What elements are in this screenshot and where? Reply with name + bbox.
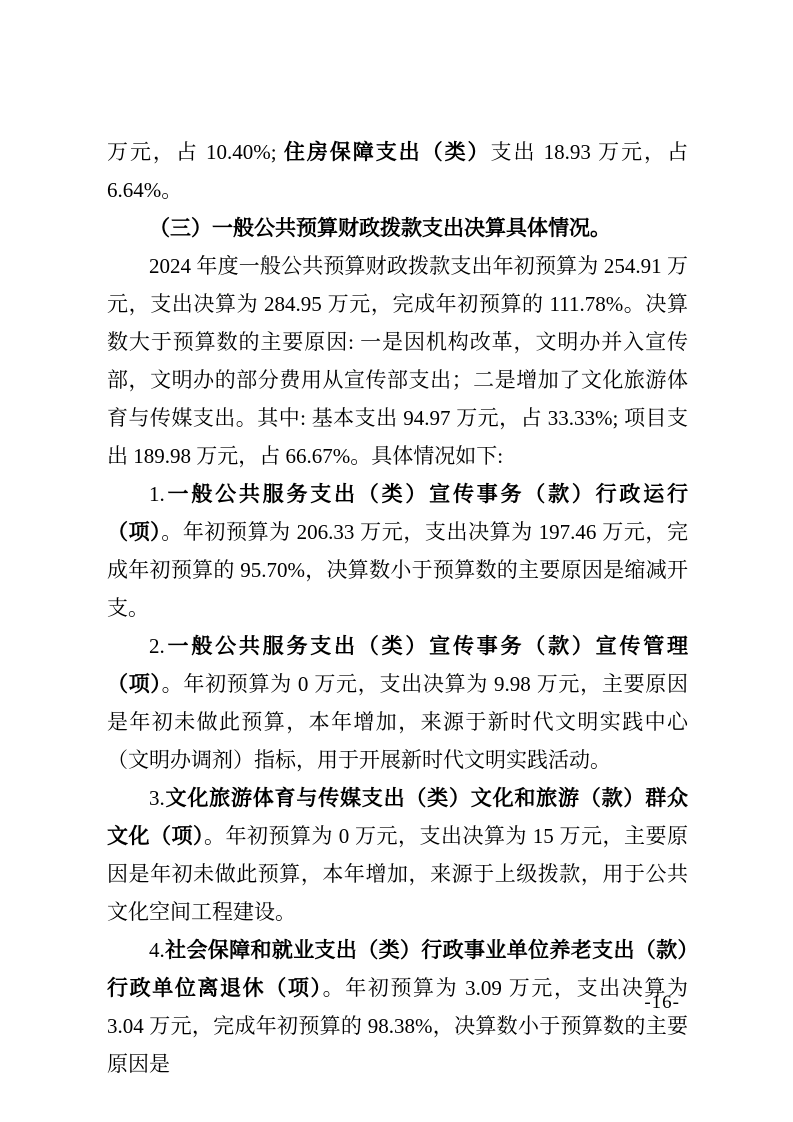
document-body: 万元，占 10.40%; 住房保障支出（类）支出 18.93 万元，占 6.64… — [107, 133, 688, 1083]
paragraph-item-4: 4.社会保障和就业支出（类）行政事业单位养老支出（款）行政单位离退休（项）。年初… — [107, 931, 688, 1083]
paragraph-item-3: 3.文化旅游体育与传媒支出（类）文化和旅游（款）群众文化（项）。年初预算为 0 … — [107, 779, 688, 931]
text-run: 。年初预算为 206.33 万元，支出决算为 197.46 万元，完成年初预算的… — [107, 520, 688, 620]
item-number: 2. — [149, 634, 165, 658]
text-run: 万元，占 10.40%; — [107, 140, 284, 164]
paragraph-overview: 2024 年度一般公共预算财政拨款支出年初预算为 254.91 万元，支出决算为… — [107, 247, 688, 475]
text-run: 。年初预算为 0 万元，支出决算为 9.98 万元，主要原因是年初未做此预算，本… — [107, 672, 688, 772]
item-number: 3. — [149, 786, 165, 810]
document-page: 万元，占 10.40%; 住房保障支出（类）支出 18.93 万元，占 6.64… — [0, 0, 793, 1122]
paragraph-continuation: 万元，占 10.40%; 住房保障支出（类）支出 18.93 万元，占 6.64… — [107, 133, 688, 209]
item-number: 1. — [149, 482, 165, 506]
text-run: 2024 年度一般公共预算财政拨款支出年初预算为 254.91 万元，支出决算为… — [107, 254, 688, 468]
item-number: 4. — [149, 938, 165, 962]
page-number: -16- — [644, 988, 680, 1018]
paragraph-item-2: 2.一般公共服务支出（类）宣传事务（款）宣传管理（项）。年初预算为 0 万元，支… — [107, 627, 688, 779]
bold-term-housing-expense: 住房保障支出（类） — [284, 140, 491, 164]
section-heading-text: （三）一般公共预算财政拨款支出决算具体情况。 — [149, 216, 611, 240]
paragraph-item-1: 1.一般公共服务支出（类）宣传事务（款）行政运行（项）。年初预算为 206.33… — [107, 475, 688, 627]
section-heading: （三）一般公共预算财政拨款支出决算具体情况。 — [107, 209, 688, 247]
